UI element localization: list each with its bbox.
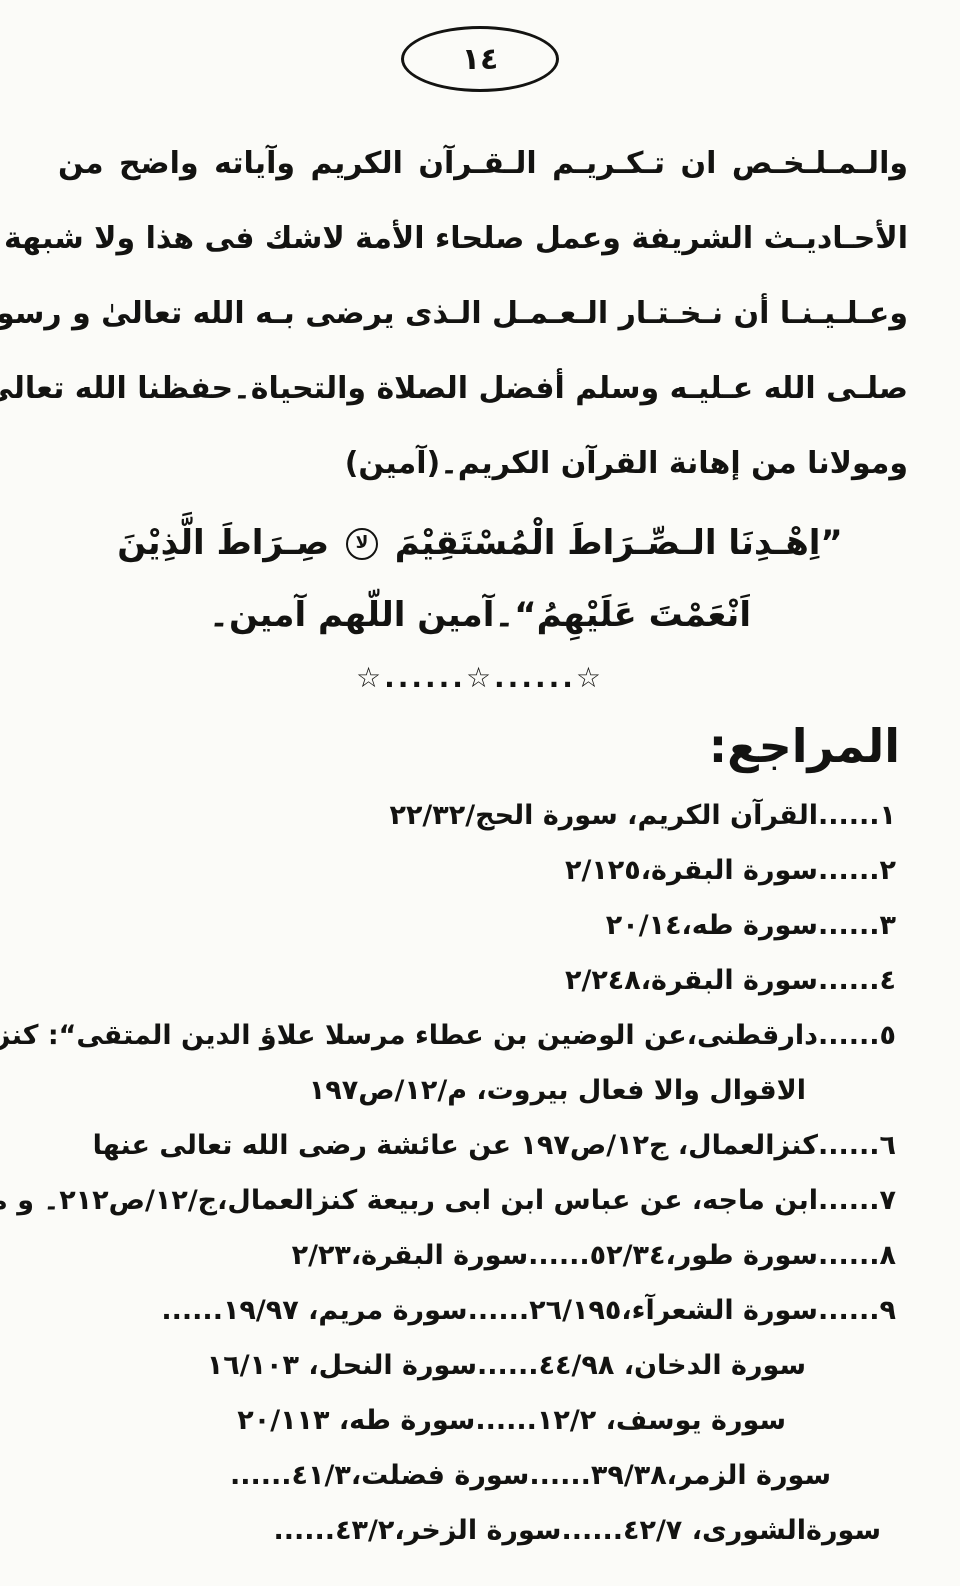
page-number-oval: ١٤: [401, 26, 559, 92]
quran-verse: ”اِهْـدِنَا الـصِّـرَاطَ الْمُسْتَقِيْمَ…: [0, 507, 960, 651]
reference-item-6: ٦......كنزالعمال، ج١٢/ص١٩٧ عن عائشة رضى …: [26, 1118, 896, 1173]
verse-text-end: صِـرَاطَ الَّذِيْنَ: [117, 523, 329, 563]
reference-item-5-continued: الاقوال والا فعال بيروت، م/١٢/ص١٩٧: [26, 1063, 896, 1118]
paragraph-line: الأحـاديـث الشريفة وعمل صلحاء الأمة لاشك…: [58, 201, 908, 276]
verse-line-1: ”اِهْـدِنَا الـصِّـرَاطَ الْمُسْتَقِيْمَ…: [0, 507, 960, 579]
reference-item-9-continued-3: سورة الزمر،٣٩/٣٨......سورة فضلت،٤١/٣....…: [26, 1448, 896, 1503]
book-page: ١٤ والـمـلـخـص ان تـكـريـم الـقـرآن الكر…: [0, 0, 960, 1586]
summary-paragraph: والـمـلـخـص ان تـكـريـم الـقـرآن الكريم …: [0, 126, 960, 501]
paragraph-line: ومولانا من إهانة القرآن الكريم۔(آمين): [58, 426, 908, 501]
reference-item-1: ١......القرآن الكريم، سورة الحج/٢٢/٣٢: [26, 788, 896, 843]
star-separator: ☆......☆......☆: [0, 661, 960, 694]
page-number-container: ١٤: [0, 0, 960, 92]
reference-item-3: ٣......سورة طه،٢٠/١٤: [26, 898, 896, 953]
reference-item-2: ٢......سورة البقرة،٢/١٢٥: [26, 843, 896, 898]
page-number: ١٤: [462, 42, 499, 77]
ayah-pause-marker: لا: [346, 528, 378, 560]
references-heading: المراجع:: [0, 716, 900, 776]
reference-item-9: ٩......سورة الشعرآء،٢٦/١٩٥......سورة مري…: [26, 1283, 896, 1338]
paragraph-line: صلـى الله عـليـه وسلم أفضل الصلاة والتحي…: [58, 351, 908, 426]
paragraph-line: وعـلـيـنـا أن نـخـتـار الـعـمـل الـذى ير…: [58, 276, 908, 351]
reference-item-9-continued-2: سورة يوسف، ١٢/٢......سورة طه، ٢٠/١١٣: [26, 1393, 896, 1448]
reference-item-8: ٨......سورة طور،٥٢/٣٤......سورة البقرة،٢…: [26, 1228, 896, 1283]
verse-text-start: ”اِهْـدِنَا الـصِّـرَاطَ الْمُسْتَقِيْمَ: [395, 523, 843, 563]
verse-line-2: اَنْعَمْتَ عَلَيْهِمُ“۔آمين اللّهم آمين۔: [0, 579, 960, 651]
reference-item-5: ٥......دارقطنى،عن الوضين بن عطاء مرسلا ع…: [26, 1008, 896, 1063]
reference-item-9-continued-4: سورةالشورى، ٤٢/٧......سورة الزخر،٤٣/٢...…: [26, 1503, 896, 1558]
reference-item-4: ٤......سورة البقرة،٢/٢٤٨: [26, 953, 896, 1008]
paragraph-line: والـمـلـخـص ان تـكـريـم الـقـرآن الكريم …: [58, 126, 908, 201]
reference-item-7: ٧......ابن ماجه، عن عباس ابن ابى ربيعة ك…: [26, 1173, 896, 1228]
reference-item-9-continued-1: سورة الدخان، ٤٤/٩٨......سورة النحل، ١٦/١…: [26, 1338, 896, 1393]
references-list: ١......القرآن الكريم، سورة الحج/٢٢/٣٢ ٢.…: [0, 788, 960, 1558]
